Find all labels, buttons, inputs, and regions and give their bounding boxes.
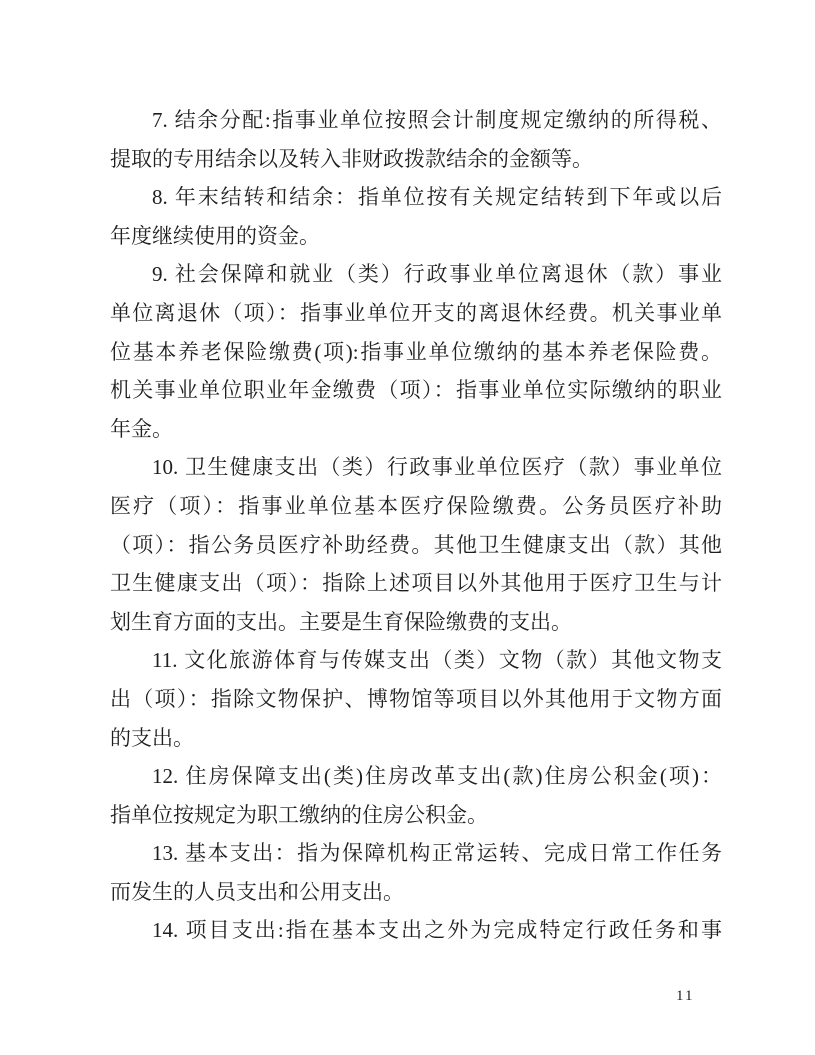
text-line: 指单位按规定为职工缴纳的住房公积金。: [110, 796, 722, 835]
page-number: 11: [676, 988, 694, 1005]
text-line: 11. 文化旅游体育与传媒支出（类）文物（款）其他文物支: [110, 641, 722, 680]
document-page: 7. 结余分配:指事业单位按照会计制度规定缴纳的所得税、提取的专用结余以及转入非…: [0, 0, 815, 1055]
text-line: 提取的专用结余以及转入非财政拨款结余的金额等。: [110, 140, 722, 179]
text-line: 10. 卫生健康支出（类）行政事业单位医疗（款）事业单位: [110, 448, 722, 487]
text-line: 7. 结余分配:指事业单位按照会计制度规定缴纳的所得税、: [110, 101, 722, 140]
text-block: 7. 结余分配:指事业单位按照会计制度规定缴纳的所得税、提取的专用结余以及转入非…: [110, 101, 722, 950]
text-line: 9. 社会保障和就业（类）行政事业单位离退休（款）事业: [110, 255, 722, 294]
text-line: 出（项）：指除文物保护、博物馆等项目以外其他用于文物方面: [110, 680, 722, 719]
text-line: 划生育方面的支出。主要是生育保险缴费的支出。: [110, 603, 722, 642]
text-line: 年金。: [110, 410, 722, 449]
text-line: 8. 年末结转和结余：指单位按有关规定结转到下年或以后: [110, 178, 722, 217]
text-line: 年度继续使用的资金。: [110, 217, 722, 256]
text-line: 机关事业单位职业年金缴费（项）：指事业单位实际缴纳的职业: [110, 371, 722, 410]
text-line: 单位离退休（项）：指事业单位开支的离退休经费。机关事业单: [110, 294, 722, 333]
text-line: 12. 住房保障支出(类)住房改革支出(款)住房公积金(项)：: [110, 757, 722, 796]
text-line: 的支出。: [110, 719, 722, 758]
text-line: 13. 基本支出：指为保障机构正常运转、完成日常工作任务: [110, 834, 722, 873]
text-line: 医疗（项）：指事业单位基本医疗保险缴费。公务员医疗补助: [110, 487, 722, 526]
text-line: 卫生健康支出（项）：指除上述项目以外其他用于医疗卫生与计: [110, 564, 722, 603]
text-line: 而发生的人员支出和公用支出。: [110, 873, 722, 912]
text-line: 位基本养老保险缴费(项):指事业单位缴纳的基本养老保险费。: [110, 333, 722, 372]
text-line: 14. 项目支出:指在基本支出之外为完成特定行政任务和事: [110, 911, 722, 950]
text-line: （项）：指公务员医疗补助经费。其他卫生健康支出（款）其他: [110, 526, 722, 565]
